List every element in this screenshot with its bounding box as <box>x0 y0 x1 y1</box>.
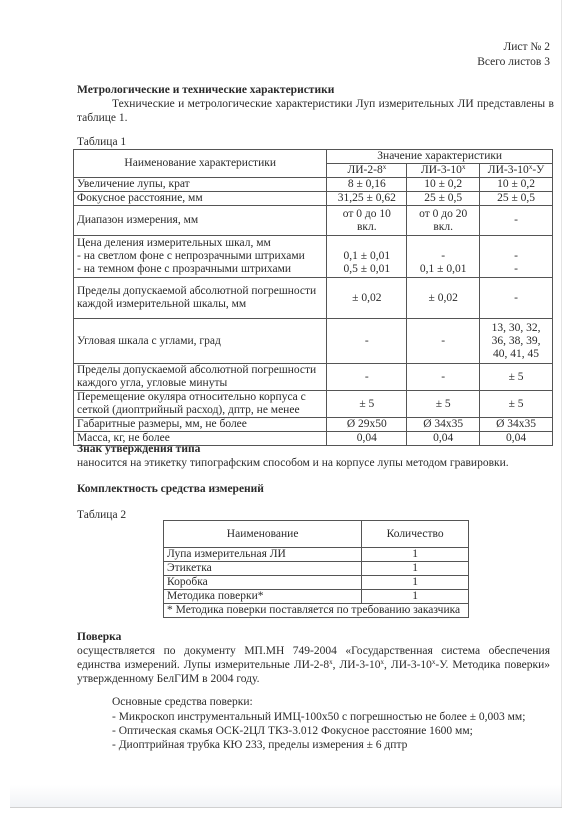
value-cell: от 0 до 10вкл. <box>327 206 407 236</box>
item-name-cell: Коробка <box>164 576 362 590</box>
characteristic-value: ± 5 <box>509 371 524 383</box>
characteristic-value: вкл. <box>433 221 453 233</box>
characteristic-value: вкл. <box>357 221 377 233</box>
total-sheets: Всего листов 3 <box>477 56 550 68</box>
superscript: х <box>432 658 436 666</box>
value-cell: ± 0,02 <box>407 278 480 319</box>
value-cell: - <box>480 206 553 236</box>
characteristic-name: каждого угла, угловые минуты <box>77 377 227 389</box>
characteristic-name: Угловая шкала с углами, град <box>77 335 221 347</box>
characteristic-value: ± 5 <box>436 398 451 410</box>
value-cell: - <box>480 278 553 319</box>
characteristic-value: от 0 до 10 <box>343 208 391 220</box>
value-cell: 8 ± 0,16 <box>327 178 407 192</box>
value-cell: ± 5 <box>480 364 553 391</box>
characteristic-value: - <box>441 371 445 383</box>
characteristic-value: 0,1 ± 0,01 <box>344 250 391 262</box>
characteristic-value: 25 ± 0,5 <box>497 192 535 204</box>
verification-tool-item: - Диоптрийная трубка КЮ 233, пределы изм… <box>112 738 525 752</box>
superscript: х <box>462 163 466 171</box>
table-header-row: Наименование характеристикиЗначение хара… <box>74 150 553 164</box>
characteristic-value: 10 ± 0,2 <box>424 178 462 190</box>
page-edge <box>561 0 562 808</box>
characteristic-name: Пределы допускаемой абсолютной погрешнос… <box>77 285 316 297</box>
footnote-cell: * Методика поверки поставляется по требо… <box>164 604 469 618</box>
value-cell: 0,1 ± 0,010,5 ± 0,01 <box>327 236 407 278</box>
section-title-completeness: Комплектность средства измерений <box>77 483 264 495</box>
characteristic-value: Ø 34x35 <box>496 418 536 430</box>
characteristic-value: - <box>514 292 518 304</box>
value-cell: ± 0,02 <box>327 278 407 319</box>
item-name-cell: Лупа измерительная ЛИ <box>164 548 362 562</box>
characteristic-name-cell: Увеличение лупы, крат <box>74 178 327 192</box>
value-cell: 0,04 <box>480 432 553 446</box>
value-cell: 0,04 <box>407 432 480 446</box>
section-title-type-mark: Знак утверждения типа <box>77 443 200 455</box>
item-qty-cell: 1 <box>362 576 469 590</box>
completeness-table: НаименованиеКоличествоЛупа измерительная… <box>163 520 469 618</box>
header-value-cell: Значение характеристики <box>327 150 553 164</box>
header-qty-cell: Количество <box>362 521 469 548</box>
value-cell: ± 5 <box>327 391 407 418</box>
table-row: Методика поверки*1 <box>164 590 469 604</box>
characteristic-value: 13, 30, 32, <box>492 322 541 334</box>
table-row: Этикетка1 <box>164 562 469 576</box>
table-row: Пределы допускаемой абсолютной погрешнос… <box>74 364 553 391</box>
superscript: х <box>383 163 387 171</box>
verification-text-line1: осуществляется по документу МП.МН 749-20… <box>77 645 550 657</box>
table2-caption: Таблица 2 <box>77 509 126 521</box>
table-footnote-row: * Методика поверки поставляется по требо… <box>164 604 469 618</box>
characteristic-name: Увеличение лупы, крат <box>77 178 190 190</box>
characteristic-name-cell: Пределы допускаемой абсолютной погрешнос… <box>74 364 327 391</box>
sheet-number: Лист № 2 <box>503 41 550 53</box>
item-qty-cell: 1 <box>362 548 469 562</box>
characteristic-value: 0,04 <box>506 432 526 444</box>
value-cell: 10 ± 0,2 <box>480 178 553 192</box>
characteristic-name: Габаритные размеры, мм, не более <box>77 418 247 430</box>
value-cell: от 0 до 20вкл. <box>407 206 480 236</box>
value-cell: - <box>407 364 480 391</box>
verification-text-line3: утвержденному БелГИМ в 2004 году. <box>77 673 260 685</box>
characteristic-name: Фокусное расстояние, мм <box>77 192 203 204</box>
value-cell: 25 ± 0,5 <box>407 192 480 206</box>
characteristic-value: 0,04 <box>433 432 453 444</box>
characteristic-name-cell: Перемещение окуляра относительно корпуса… <box>74 391 327 418</box>
superscript: х <box>529 163 533 171</box>
table-row: Лупа измерительная ЛИ1 <box>164 548 469 562</box>
value-cell: -- <box>480 236 553 278</box>
value-cell: ± 5 <box>407 391 480 418</box>
characteristic-value: - <box>514 250 518 262</box>
table1-caption: Таблица 1 <box>77 136 126 148</box>
characteristic-value: ± 5 <box>359 398 374 410</box>
table-row: Угловая шкала с углами, град--13, 30, 32… <box>74 319 553 364</box>
verification-text-line2: единства измерений. Лупы измерительные Л… <box>77 659 550 671</box>
characteristic-name-cell: Цена деления измерительных шкал, мм- на … <box>74 236 327 278</box>
value-cell: 0,04 <box>327 432 407 446</box>
section-title-metrology: Метрологические и технические характерис… <box>77 84 334 96</box>
value-cell: 25 ± 0,5 <box>480 192 553 206</box>
table-row: Цена деления измерительных шкал, мм- на … <box>74 236 553 278</box>
characteristic-value: 25 ± 0,5 <box>424 192 462 204</box>
section-title-verification: Поверка <box>77 631 121 643</box>
characteristic-value: ± 0,02 <box>429 292 458 304</box>
characteristic-value: 8 ± 0,16 <box>348 178 386 190</box>
table-row: Пределы допускаемой абсолютной погрешнос… <box>74 278 553 319</box>
page-edge <box>10 807 562 808</box>
item-name-cell: Методика поверки* <box>164 590 362 604</box>
characteristic-name: Цена деления измерительных шкал, мм <box>77 237 271 249</box>
characteristic-name-cell: Фокусное расстояние, мм <box>74 192 327 206</box>
verification-tool-item: - Оптическая скамья ОСК-2ЦЛ ТКЗ-3.012 Фо… <box>112 724 525 738</box>
table-row: Фокусное расстояние, мм31,25 ± 0,6225 ± … <box>74 192 553 206</box>
value-cell: Ø 34x35 <box>480 418 553 432</box>
table-row: Габаритные размеры, мм, не болееØ 29x50Ø… <box>74 418 553 432</box>
characteristic-value: 0,04 <box>357 432 377 444</box>
characteristic-value: ± 0,02 <box>352 292 381 304</box>
characteristic-value: - <box>441 250 445 262</box>
characteristics-table: Наименование характеристикиЗначение хара… <box>73 149 553 446</box>
page-shadow <box>10 785 562 807</box>
header-name-cell: Наименование характеристики <box>74 150 327 178</box>
characteristic-name: сеткой (диоптрийный расход), дптр, не ме… <box>77 404 300 416</box>
value-cell: Ø 29x50 <box>327 418 407 432</box>
characteristic-name: Пределы допускаемой абсолютной погрешнос… <box>77 364 316 376</box>
model-header-cell: ЛИ-3-10х-У <box>480 164 553 178</box>
value-cell: - <box>327 319 407 364</box>
characteristic-value: 31,25 ± 0,62 <box>338 192 396 204</box>
table-row: Коробка1 <box>164 576 469 590</box>
header-name-cell: Наименование <box>164 521 362 548</box>
characteristic-value: - <box>365 371 369 383</box>
characteristic-name: Перемещение окуляра относительно корпуса… <box>77 391 306 403</box>
characteristic-value: от 0 до 20 <box>419 208 467 220</box>
value-cell: ± 5 <box>480 391 553 418</box>
characteristic-value: 36, 38, 39, <box>492 335 541 347</box>
characteristic-value: ± 5 <box>509 398 524 410</box>
characteristic-value: 0,5 ± 0,01 <box>344 263 391 275</box>
value-cell: 10 ± 0,2 <box>407 178 480 192</box>
item-qty-cell: 1 <box>362 590 469 604</box>
value-cell: 31,25 ± 0,62 <box>327 192 407 206</box>
characteristic-name: - на темном фоне с прозрачными штрихами <box>77 263 291 275</box>
verification-tool-item: - Микроскоп инструментальный ИМЦ-100x50 … <box>112 710 525 724</box>
characteristic-value: 10 ± 0,2 <box>497 178 535 190</box>
characteristic-name-cell: Пределы допускаемой абсолютной погрешнос… <box>74 278 327 319</box>
verification-tools-title: Основные средства поверки: <box>112 696 253 708</box>
value-cell: 13, 30, 32,36, 38, 39,40, 41, 45 <box>480 319 553 364</box>
metrology-intro: Технические и метрологические характерис… <box>112 98 554 110</box>
table-row: Увеличение лупы, крат8 ± 0,1610 ± 0,210 … <box>74 178 553 192</box>
characteristic-value: 40, 41, 45 <box>493 348 539 360</box>
item-name-cell: Этикетка <box>164 562 362 576</box>
value-cell: -0,1 ± 0,01 <box>407 236 480 278</box>
type-mark-text: наносится на этикетку типографским спосо… <box>77 457 509 469</box>
model-header-cell: ЛИ-2-8х <box>327 164 407 178</box>
characteristic-value: Ø 29x50 <box>347 418 387 430</box>
characteristic-name: Диапазон измерения, мм <box>77 214 198 226</box>
value-cell: - <box>327 364 407 391</box>
model-header-cell: ЛИ-3-10х <box>407 164 480 178</box>
metrology-intro-cont: таблице 1. <box>77 112 128 124</box>
item-qty-cell: 1 <box>362 562 469 576</box>
characteristic-name-cell: Угловая шкала с углами, град <box>74 319 327 364</box>
characteristic-name: каждой измерительной шкалы, мм <box>77 298 246 310</box>
value-cell: - <box>407 319 480 364</box>
characteristic-value: - <box>514 214 518 226</box>
verification-tools-list: - Микроскоп инструментальный ИМЦ-100x50 … <box>112 710 525 752</box>
characteristic-name: - на светлом фоне с непрозрачными штриха… <box>77 250 305 262</box>
characteristic-value: - <box>514 263 518 275</box>
characteristic-value: - <box>365 335 369 347</box>
table-row: Диапазон измерения, ммот 0 до 10вкл.от 0… <box>74 206 553 236</box>
table-row: Перемещение окуляра относительно корпуса… <box>74 391 553 418</box>
characteristic-value: Ø 34x35 <box>423 418 463 430</box>
characteristic-name-cell: Диапазон измерения, мм <box>74 206 327 236</box>
characteristic-name-cell: Габаритные размеры, мм, не более <box>74 418 327 432</box>
characteristic-value: 0,1 ± 0,01 <box>420 263 467 275</box>
superscript: х <box>381 658 385 666</box>
superscript: х <box>329 658 333 666</box>
characteristic-value: - <box>441 335 445 347</box>
table-header-row: НаименованиеКоличество <box>164 521 469 548</box>
value-cell: Ø 34x35 <box>407 418 480 432</box>
